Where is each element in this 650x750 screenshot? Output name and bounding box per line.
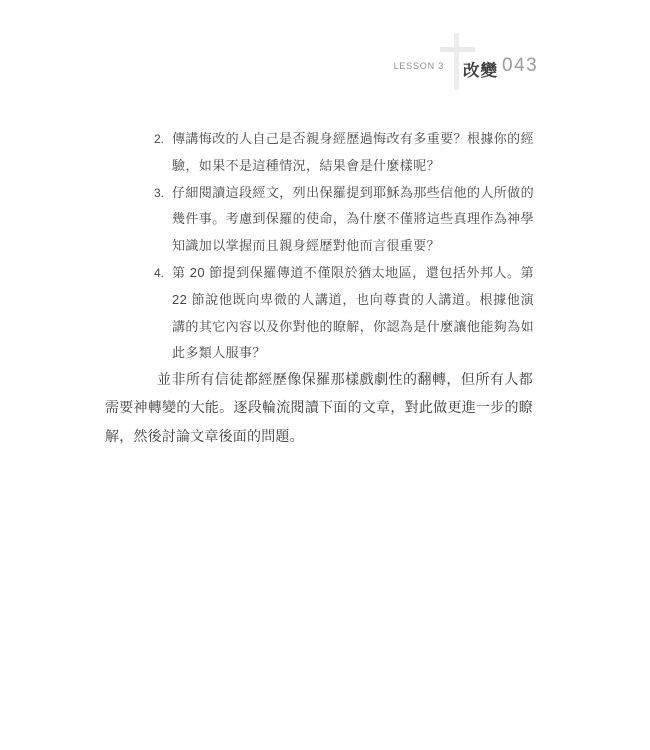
- cross-icon-horizontal-bar: [440, 47, 475, 52]
- cross-icon-vertical-bar: [454, 33, 459, 90]
- question-item: 4. 第 20 節提到保羅傳道不僅限於猶太地區，還包括外邦人。第 22 節說他既…: [154, 260, 534, 367]
- question-item: 2. 傳講悔改的人自己是否親身經歷過悔改有多重要？根據你的經驗，如果不是這種情況…: [154, 126, 534, 180]
- question-text: 仔細閱讀這段經文，列出保羅提到耶穌為那些信他的人所做的幾件事。考慮到保羅的使命，…: [172, 180, 534, 260]
- question-text: 第 20 節提到保羅傳道不僅限於猶太地區，還包括外邦人。第 22 節說他既向卑微…: [172, 260, 534, 367]
- question-number: 4.: [154, 260, 172, 287]
- chapter-title: 改變: [463, 57, 498, 81]
- question-number: 3.: [154, 180, 172, 207]
- question-list: 2. 傳講悔改的人自己是否親身經歷過悔改有多重要？根據你的經驗，如果不是這種情況…: [154, 126, 534, 367]
- question-item: 3. 仔細閱讀這段經文，列出保羅提到耶穌為那些信他的人所做的幾件事。考慮到保羅的…: [154, 180, 534, 260]
- body-paragraph: 並非所有信徒都經歷像保羅那樣戲劇性的翻轉，但所有人都需要神轉變的大能。逐段輪流閱…: [105, 367, 533, 452]
- lesson-label: LESSON 3: [394, 61, 444, 71]
- page-number: 043: [502, 55, 538, 77]
- question-text: 傳講悔改的人自己是否親身經歷過悔改有多重要？根據你的經驗，如果不是這種情況，結果…: [172, 126, 534, 180]
- question-number: 2.: [154, 126, 172, 153]
- book-page: LESSON 3 改變 043 2. 傳講悔改的人自己是否親身經歷過悔改有多重要…: [0, 0, 650, 750]
